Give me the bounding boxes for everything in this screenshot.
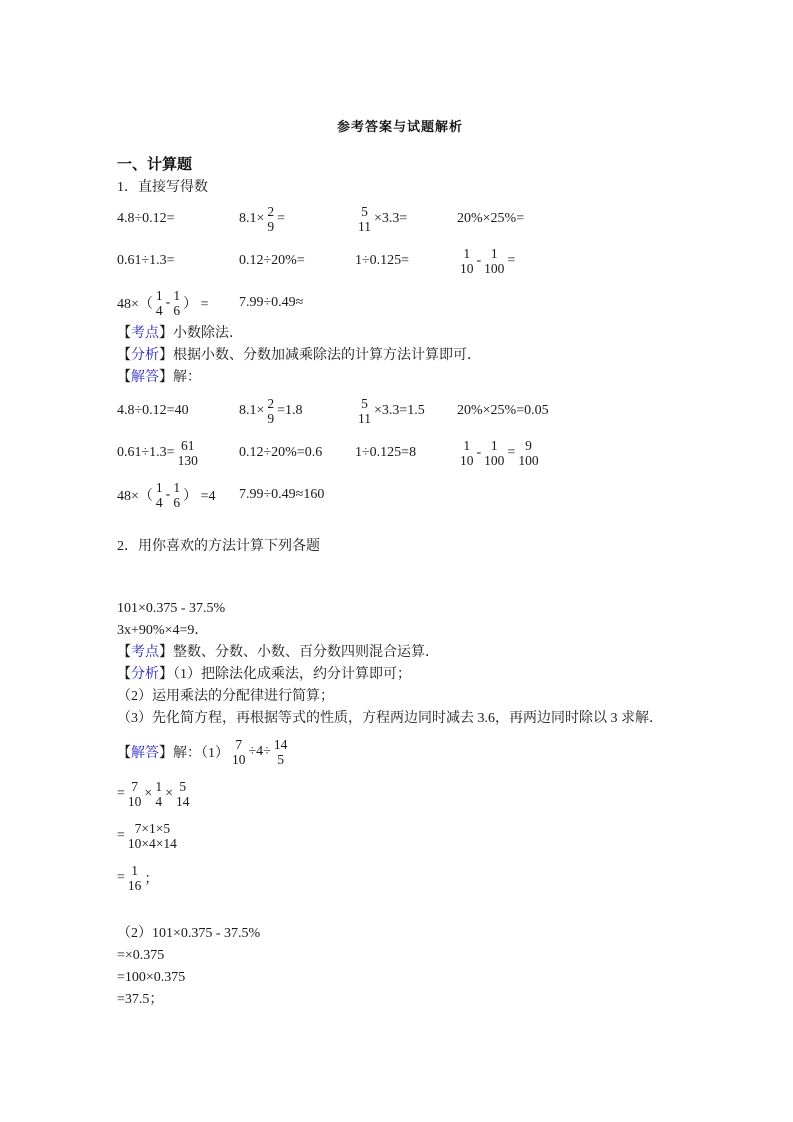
fraction: 29 <box>267 204 274 234</box>
math-text: ×3.3=1.5 <box>374 403 425 419</box>
math-cell: 511×3.3=1.5 <box>355 396 441 426</box>
denominator: 16 <box>128 878 142 893</box>
denominator: 10 <box>128 794 142 809</box>
tag-fenxi: 分析 <box>131 667 159 682</box>
fraction: 110 <box>460 438 474 468</box>
numerator: 61 <box>181 438 195 453</box>
section-heading: 一、计算题 <box>117 153 683 174</box>
math-text: 8.1× <box>239 211 264 227</box>
bracket-close: 】 <box>159 370 173 385</box>
fraction: 511 <box>358 396 371 426</box>
math-text: 48×（ <box>117 293 153 313</box>
denominator: 6 <box>173 303 180 318</box>
math-cell: 4.8÷0.12= <box>117 211 223 227</box>
q1-note-fenxi: 【分析】根据小数、分数加减乘除法的计算方法计算即可． <box>117 348 683 364</box>
note-text: 小数除法． <box>173 326 243 341</box>
denominator: 10 <box>232 752 246 767</box>
denominator: 4 <box>156 303 163 318</box>
math-text: 4.8÷0.12=40 <box>117 403 189 419</box>
numerator: 2 <box>267 396 274 411</box>
math-cell: 1÷0.125= <box>355 253 441 269</box>
denominator: 100 <box>518 453 538 468</box>
q2-given-line-2: 3x+90%×4=9． <box>117 623 683 639</box>
math-text: 20%×25%=0.05 <box>457 403 549 419</box>
math-text: = <box>507 445 515 461</box>
math-text: ） =4 <box>183 485 215 505</box>
fraction: 7×1×510×4×14 <box>128 821 177 851</box>
bracket-open: 【 <box>117 645 131 660</box>
math-text: = <box>117 870 125 886</box>
denominator: 14 <box>176 794 190 809</box>
fraction: 9100 <box>518 438 538 468</box>
math-cell: 7.99÷0.49≈160 <box>239 487 339 503</box>
denominator: 6 <box>173 495 180 510</box>
numerator: 5 <box>361 396 368 411</box>
math-text: ×3.3= <box>374 211 407 227</box>
math-text: = <box>117 786 125 802</box>
math-cell: 4.8÷0.12=40 <box>117 403 223 419</box>
math-cell: 0.61÷1.3= <box>117 253 223 269</box>
fraction: 14 <box>156 288 163 318</box>
bracket-open: 【 <box>117 667 131 682</box>
fraction: 116 <box>128 863 142 893</box>
math-text: =1.8 <box>277 403 302 419</box>
math-cell: 0.12÷20%= <box>239 253 339 269</box>
fraction: 29 <box>267 396 274 426</box>
q1-problem-row-1: 4.8÷0.12=8.1×29=511×3.3=20%×25%= <box>117 200 683 237</box>
denominator: 100 <box>484 453 504 468</box>
math-text: = <box>117 828 125 844</box>
math-text: 20%×25%= <box>457 211 524 227</box>
numerator: 1 <box>491 246 498 261</box>
q2-analysis-line-3: （3）先化简方程，再根据等式的性质，方程两边同时减去 3.6，再两边同时除以 3… <box>117 711 683 727</box>
math-text: 8.1× <box>239 403 264 419</box>
denominator: 100 <box>484 261 504 276</box>
q2-part2-line-3: =100×0.375 <box>117 970 683 986</box>
math-text: 解：（1） <box>173 742 229 762</box>
note-text: 解： <box>173 370 201 385</box>
math-expression: =116； <box>117 863 158 893</box>
numerator: 7×1×5 <box>135 821 170 836</box>
math-cell: 8.1×29= <box>239 204 339 234</box>
denominator: 10 <box>460 261 474 276</box>
math-expression: 解：（1）710÷4÷145 <box>173 737 290 767</box>
denominator: 4 <box>156 495 163 510</box>
math-text: × <box>144 786 152 802</box>
q1-problem-row-2: 0.61÷1.3=0.12÷20%=1÷0.125=110 - 1100= <box>117 242 683 279</box>
math-text: ； <box>144 868 158 888</box>
math-cell: 48×（14 - 16） =4 <box>117 480 223 510</box>
numerator: 1 <box>173 288 180 303</box>
math-text: 7.99÷0.49≈ <box>239 295 303 311</box>
fraction: 110 <box>460 246 474 276</box>
math-text: = <box>277 211 285 227</box>
q2-stem: 2．用你喜欢的方法计算下列各题 <box>117 539 683 555</box>
q2-solution-line-3: =7×1×510×4×14 <box>117 817 683 854</box>
q2-solution-line-2: =710×14×514 <box>117 775 683 812</box>
q1-note-kaodian: 【考点】小数除法． <box>117 326 683 342</box>
q1-problem-row-3: 48×（14 - 16） = 7.99÷0.49≈ <box>117 284 683 321</box>
q2-note-fenxi: 【分析】（1）把除法化成乘法，约分计算即可； <box>117 667 683 683</box>
numerator: 2 <box>267 204 274 219</box>
fraction: 511 <box>358 204 371 234</box>
fraction: 14 <box>156 480 163 510</box>
math-text: 0.61÷1.3= <box>117 445 175 461</box>
math-cell: 110 - 1100= <box>457 246 515 276</box>
note-text: 根据小数、分数加减乘除法的计算方法计算即可． <box>173 348 481 363</box>
bracket-close: 】 <box>159 667 173 682</box>
fraction: 1100 <box>484 246 504 276</box>
math-cell: 511×3.3= <box>355 204 441 234</box>
numerator: 7 <box>131 779 138 794</box>
numerator: 7 <box>235 737 242 752</box>
q2-part2-line-1: （2）101×0.375 - 37.5% <box>117 926 683 942</box>
fraction: 710 <box>128 779 142 809</box>
denominator: 11 <box>358 219 371 234</box>
bracket-open: 【 <box>117 348 131 363</box>
bracket-close: 】 <box>159 326 173 341</box>
bracket-open: 【 <box>117 326 131 341</box>
fraction: 14 <box>155 779 162 809</box>
math-cell: 0.12÷20%=0.6 <box>239 445 339 461</box>
math-text: 7.99÷0.49≈160 <box>239 487 324 503</box>
bracket-close: 】 <box>159 348 173 363</box>
fraction: 145 <box>274 737 288 767</box>
math-cell: 8.1×29=1.8 <box>239 396 339 426</box>
math-expression: =7×1×510×4×14 <box>117 821 180 851</box>
note-text: （1）把除法化成乘法，约分计算即可； <box>173 667 411 682</box>
numerator: 1 <box>463 246 470 261</box>
numerator: 1 <box>463 438 470 453</box>
numerator: 1 <box>155 779 162 794</box>
q1-answer-row-3: 48×（14 - 16） =47.99÷0.49≈160 <box>117 476 683 513</box>
tag-jieda: 解答 <box>131 742 159 762</box>
math-text: 4.8÷0.12= <box>117 211 175 227</box>
denominator: 9 <box>267 411 274 426</box>
denominator: 5 <box>277 752 284 767</box>
numerator: 5 <box>179 779 186 794</box>
q1-answer-row-2: 0.61÷1.3=611300.12÷20%=0.61÷0.125=8110 -… <box>117 434 683 471</box>
fraction: 1100 <box>484 438 504 468</box>
math-text: - <box>166 295 171 311</box>
denominator: 10×4×14 <box>128 836 177 851</box>
q2-note-kaodian: 【考点】整数、分数、小数、百分数四则混合运算． <box>117 645 683 661</box>
q2-solution-line-4: =116； <box>117 859 683 896</box>
math-text: - <box>166 487 171 503</box>
note-text: 整数、分数、小数、百分数四则混合运算． <box>173 645 439 660</box>
denominator: 10 <box>460 453 474 468</box>
math-cell: 7.99÷0.49≈ <box>239 295 339 311</box>
numerator: 14 <box>274 737 288 752</box>
numerator: 1 <box>156 288 163 303</box>
math-cell: 0.61÷1.3=61130 <box>117 438 223 468</box>
bracket-open: 【 <box>117 370 131 385</box>
math-text: 0.12÷20%= <box>239 253 305 269</box>
bracket-close: 】 <box>159 645 173 660</box>
denominator: 4 <box>155 794 162 809</box>
bracket-open: 【 <box>117 742 131 762</box>
math-text: × <box>165 786 173 802</box>
math-text: - <box>477 253 482 269</box>
math-cell: 1÷0.125=8 <box>355 445 441 461</box>
math-text: 1÷0.125= <box>355 253 409 269</box>
q2-analysis-line-2: （2）运用乘法的分配律进行简算； <box>117 689 683 705</box>
q2-solution-line-1: 【解答】解：（1）710÷4÷145 <box>117 733 683 770</box>
tag-fenxi: 分析 <box>131 348 159 363</box>
fraction: 16 <box>173 288 180 318</box>
math-text: 0.12÷20%=0.6 <box>239 445 322 461</box>
math-text: 48×（ <box>117 485 153 505</box>
q2-part2-line-4: =37.5； <box>117 992 683 1008</box>
numerator: 1 <box>173 480 180 495</box>
math-text: = <box>507 253 515 269</box>
fraction: 61130 <box>178 438 198 468</box>
math-text: 1÷0.125=8 <box>355 445 416 461</box>
q1-answer-row-1: 4.8÷0.12=408.1×29=1.8511×3.3=1.520%×25%=… <box>117 392 683 429</box>
math-cell: 20%×25%= <box>457 211 524 227</box>
fraction: 514 <box>176 779 190 809</box>
numerator: 9 <box>525 438 532 453</box>
fraction: 16 <box>173 480 180 510</box>
math-expression: =710×14×514 <box>117 779 192 809</box>
denominator: 9 <box>267 219 274 234</box>
q1-stem: 1．直接写得数 <box>117 180 683 196</box>
math-cell: 48×（14 - 16） = <box>117 288 223 318</box>
numerator: 1 <box>131 863 138 878</box>
math-text: ÷4÷ <box>249 744 271 760</box>
numerator: 5 <box>361 204 368 219</box>
q2-part2-line-2: =×0.375 <box>117 948 683 964</box>
denominator: 11 <box>358 411 371 426</box>
numerator: 1 <box>156 480 163 495</box>
page-title: 参考答案与试题解析 <box>117 116 683 135</box>
tag-jieda: 解答 <box>131 370 159 385</box>
math-cell: 110 - 1100=9100 <box>457 438 542 468</box>
q1-note-jieda: 【解答】解： <box>117 370 683 386</box>
fraction: 710 <box>232 737 246 767</box>
numerator: 1 <box>491 438 498 453</box>
tag-kaodian: 考点 <box>131 326 159 341</box>
q2-given-line-1: 101×0.375 - 37.5% <box>117 601 683 617</box>
math-text: ） = <box>183 293 208 313</box>
document-page: 参考答案与试题解析 一、计算题 1．直接写得数 4.8÷0.12=8.1×29=… <box>0 0 793 1122</box>
bracket-close: 】 <box>159 742 173 762</box>
q2-given-expression <box>117 559 683 596</box>
denominator: 130 <box>178 453 198 468</box>
math-cell: 20%×25%=0.05 <box>457 403 549 419</box>
math-text: 0.61÷1.3= <box>117 253 175 269</box>
math-text: - <box>477 445 482 461</box>
tag-kaodian: 考点 <box>131 645 159 660</box>
